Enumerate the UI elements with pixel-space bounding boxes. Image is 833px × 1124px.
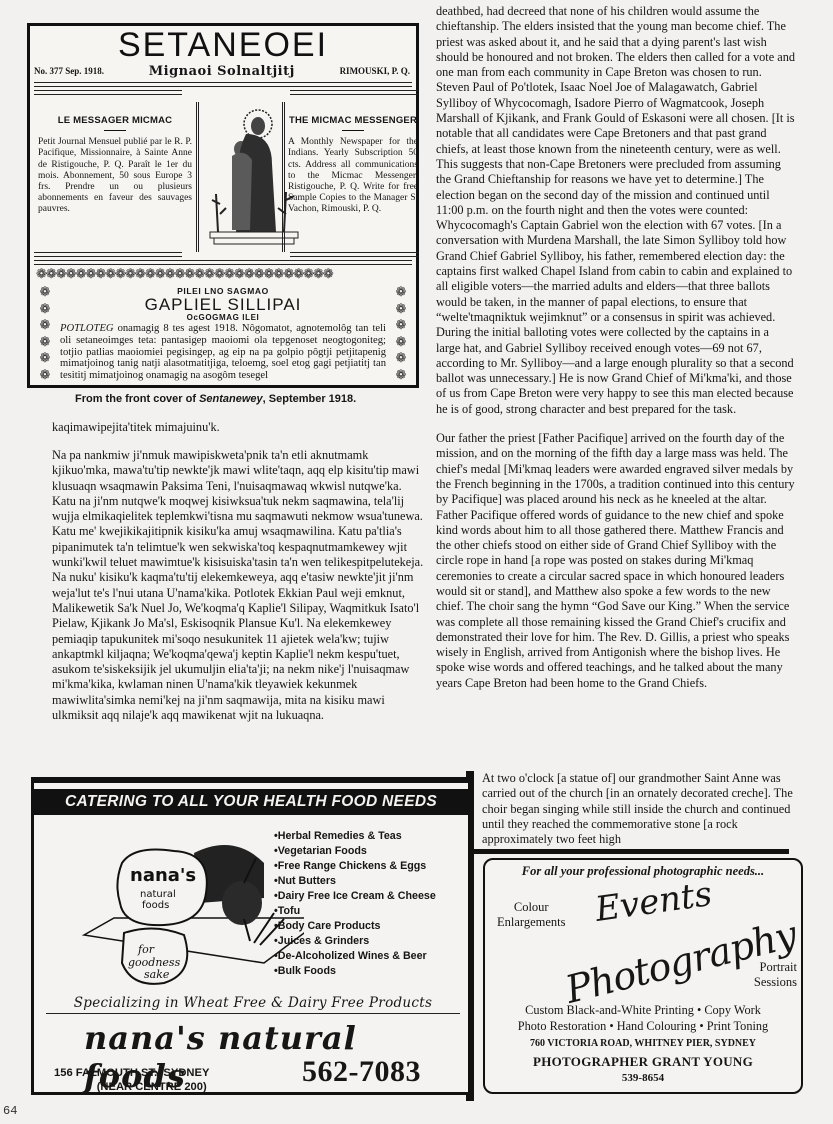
- specializing-line: Specializing in Wheat Free & Dairy Free …: [46, 995, 460, 1014]
- english-column: THE MICMAC MESSENGER A Monthly Newspaper…: [288, 101, 418, 253]
- obituary-notice: PILEI LNO SAGMAO GAPLIEL SILLIPAI OcGOGM…: [60, 286, 386, 382]
- studio-phone: 539-8654: [485, 1072, 801, 1084]
- paragraph: deathbed, had decreed that none of his c…: [436, 4, 796, 417]
- paragraph: Na pa nankmiw ji'nmuk mawipiskweta'pnik …: [52, 448, 424, 723]
- svg-text:nana's: nana's: [130, 865, 196, 886]
- issue-number: No. 377 Sep. 1918.: [34, 66, 104, 76]
- paragraph: Our father the priest [Father Pacifique]…: [436, 431, 796, 691]
- notice-subtitle: OcGOGMAG ILEI: [60, 313, 386, 322]
- svg-text:foods: foods: [142, 900, 169, 911]
- store-phone: 562-7083: [302, 1055, 421, 1089]
- divider: [290, 252, 418, 257]
- list-item: Body Care Products: [274, 919, 436, 934]
- paragraph: At two o'clock [a statue of] our grandmo…: [482, 771, 797, 847]
- left-column-text: Na pa nankmiw ji'nmuk mawipiskweta'pnik …: [52, 448, 424, 737]
- svg-text:for: for: [137, 943, 155, 956]
- masthead-subtitle: Mignaoi Solnaltjitj: [149, 64, 295, 79]
- list-item: Nut Butters: [274, 874, 436, 889]
- notice-text: POTLOTEG onamagig 8 tes agest 1918. Nôgo…: [60, 323, 386, 382]
- ornament-border-top: ❁❁❁❁❁❁❁❁❁❁❁❁❁❁❁❁❁❁❁❁❁❁❁❁❁❁❁❁❁❁: [36, 266, 410, 282]
- list-item: Free Range Chickens & Eggs: [274, 859, 436, 874]
- ornament-border-right: ❁❁❁❁❁❁: [392, 284, 410, 384]
- list-item: Vegetarian Foods: [274, 844, 436, 859]
- notice-name: GAPLIEL SILLIPAI: [60, 296, 386, 313]
- photographer-name: PHOTOGRAPHER GRANT YOUNG: [485, 1054, 801, 1070]
- english-heading: THE MICMAC MESSENGER: [288, 115, 418, 126]
- left-column-carryover: kaqimawipejita'titek mimajuinu'k.: [52, 420, 424, 449]
- figure-caption: From the front cover of Sentanewey, Sept…: [75, 393, 356, 405]
- divider: [196, 102, 199, 252]
- svg-text:natural: natural: [140, 889, 176, 900]
- ad-banner: CATERING TO ALL YOUR HEALTH FOOD NEEDS: [34, 789, 468, 815]
- divider: [34, 90, 182, 95]
- masthead-place: RIMOUSKI, P. Q.: [340, 66, 410, 76]
- list-item: Dairy Free Ice Cream & Cheese: [274, 889, 436, 904]
- ornament-border-left: ❁❁❁❁❁❁: [36, 284, 54, 384]
- list-item: Juices & Grinders: [274, 934, 436, 949]
- divider: [474, 849, 789, 854]
- english-text: A Monthly Newspaper for the Indians. Yea…: [288, 137, 418, 215]
- masthead-title: SETANEOEI: [30, 28, 416, 62]
- notice-lead: POTLOTEG: [60, 323, 114, 334]
- list-item: Tofu: [274, 904, 436, 919]
- health-food-ad: CATERING TO ALL YOUR HEALTH FOOD NEEDS n…: [31, 777, 474, 1095]
- divider: [282, 102, 285, 252]
- product-list: Herbal Remedies & Teas Vegetarian Foods …: [274, 829, 436, 979]
- ad-tagline: For all your professional photographic n…: [485, 864, 801, 879]
- photography-ad: For all your professional photographic n…: [483, 858, 803, 1094]
- caption-title: Sentanewey: [199, 393, 263, 405]
- divider: [34, 82, 412, 87]
- page-number: 64: [3, 1104, 17, 1118]
- list-item: Bulk Foods: [274, 964, 436, 979]
- divider: [34, 252, 182, 257]
- french-text: Petit Journal Mensuel publié par le R. P…: [38, 137, 192, 215]
- french-heading: LE MESSAGER MICMAC: [38, 115, 192, 126]
- divider: [104, 130, 126, 131]
- divider: [342, 130, 364, 131]
- right-column-text: deathbed, had decreed that none of his c…: [436, 4, 796, 705]
- bread-logo-icon: nana's natural foods for goodness sake: [74, 823, 304, 988]
- masthead-meta: No. 377 Sep. 1918. Mignaoi Solnaltjitj R…: [34, 62, 410, 80]
- list-item: Herbal Remedies & Teas: [274, 829, 436, 844]
- french-column: LE MESSAGER MICMAC Petit Journal Mensuel…: [34, 101, 192, 253]
- brand-events: Events: [593, 874, 715, 930]
- list-item: De-Alcoholized Wines & Beer: [274, 949, 436, 964]
- divider: [34, 260, 412, 265]
- newspaper-clipping: SETANEOEI No. 377 Sep. 1918. Mignaoi Sol…: [27, 23, 419, 388]
- paragraph: kaqimawipejita'titek mimajuinu'k.: [52, 420, 424, 435]
- service-portrait-sessions: Portrait Sessions: [754, 960, 797, 990]
- svg-text:sake: sake: [144, 968, 170, 981]
- right-column-continuation: At two o'clock [a statue of] our grandmo…: [482, 771, 797, 861]
- services-list: Custom Black-and-White Printing • Copy W…: [485, 1002, 801, 1034]
- divider: [290, 90, 418, 95]
- store-address: 156 FALMOUTH ST., SYDNEY (NEAR CENTRE 20…: [54, 1066, 209, 1094]
- service-colour-enlargements: Colour Enlargements: [497, 900, 566, 930]
- studio-address: 760 VICTORIA ROAD, WHITNEY PIER, SYDNEY: [485, 1038, 801, 1049]
